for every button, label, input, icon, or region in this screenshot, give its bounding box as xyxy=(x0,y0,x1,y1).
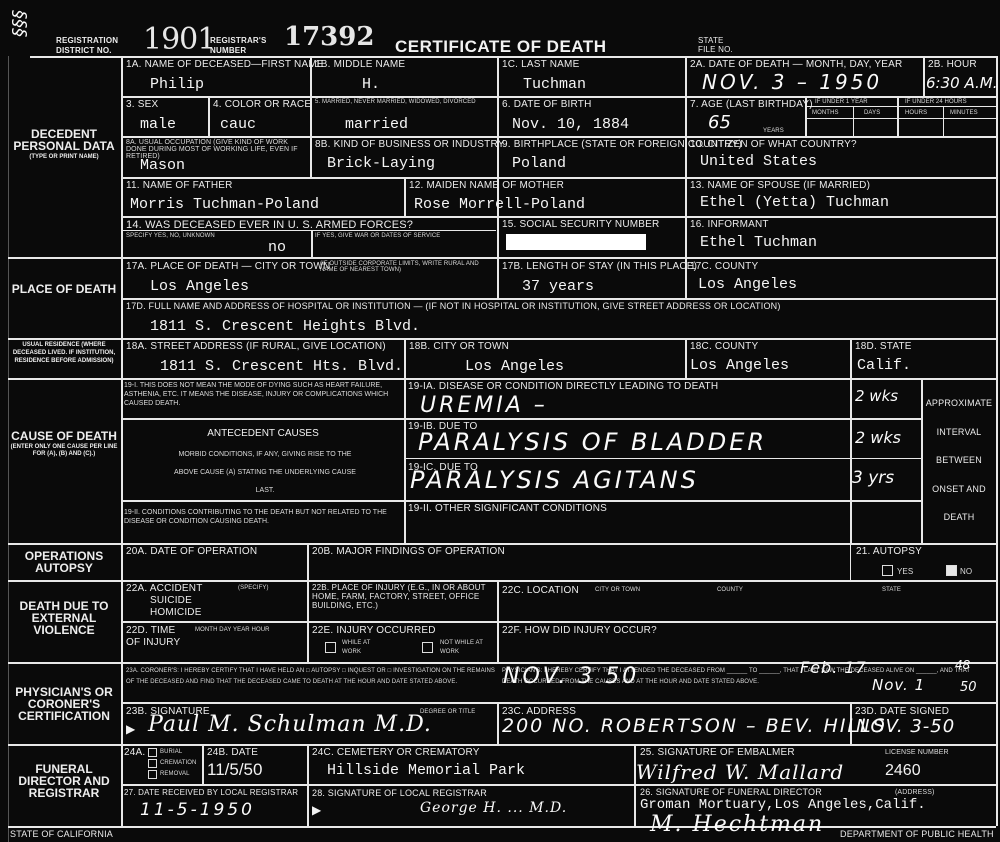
autopsy-yes-label: Yes xyxy=(897,567,913,576)
cemetery-label: 24c. Cemetery or Crematory xyxy=(312,747,480,758)
date-signed: NOV. 3-50 xyxy=(856,716,955,737)
cause-b-interval: 2 wks xyxy=(855,428,901,447)
embalmer-signature: Wilfred W. Mallard xyxy=(636,760,844,784)
business-value: Brick-Laying xyxy=(327,155,435,172)
age-value: 65 xyxy=(708,112,731,133)
hospital-label: 17d. Full Name and Address of Hospital o… xyxy=(126,301,781,311)
how-injury-label: 22f. How Did Injury Occur? xyxy=(502,625,657,636)
suicide-label: Suicide xyxy=(150,595,192,606)
dob-value: Nov. 10, 1884 xyxy=(512,116,629,133)
registrar-signature-label: 28. Signature of Local Registrar xyxy=(312,788,487,798)
attended-from: Feb. 17 xyxy=(800,658,867,677)
director-signature: M. Hechtman xyxy=(650,812,824,837)
ssn-redaction xyxy=(506,234,646,250)
spouse-value: Ethel (Yetta) Tuchman xyxy=(700,194,889,211)
place-city-value: Los Angeles xyxy=(150,278,249,295)
section-cause-of-death: Cause of Death(Enter only one cause per … xyxy=(8,430,120,458)
section-decedent: Decedent Personal Data(Type or Print Nam… xyxy=(8,128,120,161)
accident-label: 22a. Accident xyxy=(126,583,203,594)
removal-checkbox[interactable] xyxy=(148,770,157,779)
armed-forces-sub: Specify yes, no, unknown xyxy=(126,233,215,239)
cause-b-value: PARALYSIS OF BLADDER xyxy=(418,428,767,456)
not-while-at-work-label: Not While at Work xyxy=(440,639,490,657)
cause-instruction-2: 19-II. Conditions contributing to the de… xyxy=(124,508,402,526)
last-name-value: Tuchman xyxy=(523,76,586,93)
last-name-label: 1c. Last Name xyxy=(502,59,579,70)
director-address: Groman Mortuary,Los Angeles,Calif. xyxy=(640,797,926,813)
res-county-label: 18c. County xyxy=(690,341,758,352)
cause-c-value: PARALYSIS AGITANS xyxy=(410,466,699,494)
coroner-text: 23a. Coroner's: I hereby certify that I … xyxy=(126,666,496,688)
minutes-label: Minutes xyxy=(950,110,978,116)
cemetery-value: Hillside Memorial Park xyxy=(327,762,525,779)
stay-label: 17b. Length of Stay (In this place) xyxy=(502,261,697,272)
age-label: 7. Age (Last Birthday) xyxy=(690,99,813,110)
burial-label: Burial xyxy=(160,749,182,755)
registrar-number: 17392 xyxy=(284,22,374,52)
spouse-label: 13. Name of Spouse (If married) xyxy=(690,180,870,191)
page-title: Certificate of Death xyxy=(395,37,606,57)
armed-forces-label: 14. Was Deceased Ever in U. S. Armed For… xyxy=(126,219,413,231)
interval-label-4: Onset and xyxy=(923,484,995,494)
interval-label-3: Between xyxy=(923,455,995,465)
sex-value: male xyxy=(140,116,176,133)
informant-label: 16. Informant xyxy=(690,219,769,230)
last-seen-year: 50 xyxy=(960,680,977,695)
while-at-work-label: While at Work xyxy=(342,639,377,657)
months-label: Months xyxy=(812,110,839,116)
birthplace-value: Poland xyxy=(512,155,566,172)
days-label: Days xyxy=(864,110,880,116)
first-name-label: 1a. Name of Deceased—First Name xyxy=(126,59,324,70)
race-label: 4. Color or Race xyxy=(213,99,311,110)
section-physician: Physician's or Coroner's Certification xyxy=(8,686,120,722)
stay-value: 37 years xyxy=(522,278,594,295)
section-operations: Operations Autopsy xyxy=(8,550,120,574)
autopsy-no-checkbox[interactable] xyxy=(946,565,957,576)
antecedent-text: Morbid conditions, if any, giving rise t… xyxy=(170,446,360,500)
cremation-checkbox[interactable] xyxy=(148,759,157,768)
father-label: 11. Name of Father xyxy=(126,180,233,191)
attended-from-year: 48 xyxy=(955,658,970,672)
section-funeral: Funeral Director and Registrar xyxy=(8,763,120,799)
res-city-label: 18b. City or Town xyxy=(409,341,509,352)
cause-c-interval: 3 yrs xyxy=(852,468,894,488)
antecedent-title: Antecedent Causes xyxy=(124,428,402,439)
interval-label-1: Approximate xyxy=(923,398,995,408)
cremation-label: Cremation xyxy=(160,760,196,766)
armed-forces-value: no xyxy=(268,239,286,256)
race-value: cauc xyxy=(220,116,256,133)
cause-a-value: UREMIA – xyxy=(420,393,548,418)
interval-label-2: Interval xyxy=(923,427,995,437)
injury-place-label: 22b. Place of Injury (e.g., in or about … xyxy=(312,583,492,610)
director-label: 26. Signature of Funeral Director xyxy=(640,787,822,797)
degree-label: Degree or Title xyxy=(420,709,475,715)
funeral-date: 11/5/50 xyxy=(207,760,262,780)
mother-value: Rose Morrell-Poland xyxy=(414,196,585,213)
registration-district-no: 1901 xyxy=(143,22,215,57)
specify-label: (Specify) xyxy=(238,585,269,591)
injury-time-label: 22d. Time xyxy=(126,625,175,636)
father-value: Morris Tuchman-Poland xyxy=(130,196,319,213)
not-while-at-work-checkbox[interactable] xyxy=(422,642,433,653)
marital-label: 5. Married, Never Married, Widowed, Divo… xyxy=(315,99,495,105)
cause-other-label: 19-II. Other Significant Conditions xyxy=(408,503,607,514)
embalmer-label: 25. Signature of Embalmer xyxy=(640,747,795,758)
registration-district-label: Registration District No. xyxy=(56,36,118,56)
citizen-value: United States xyxy=(700,153,817,170)
director-address-label: (Address) xyxy=(895,789,934,796)
physician-address: 200 NO. ROBERTSON – BEV. HILLS xyxy=(502,715,887,737)
margin-mark: §§§ xyxy=(9,10,30,37)
physician-date-from: NOV. 3 50 xyxy=(503,664,639,689)
sex-label: 3. Sex xyxy=(126,99,158,110)
state-file-label: State File No. xyxy=(698,36,738,54)
hours-label: Hours xyxy=(905,110,927,116)
section-usual-residence: Usual Residence (Where deceased lived. I… xyxy=(8,341,120,365)
res-street-label: 18a. Street Address (If rural, give loca… xyxy=(126,341,386,352)
license-label: License Number xyxy=(885,749,949,756)
removal-label: Removal xyxy=(160,771,190,777)
section-place-of-death: Place of Death xyxy=(8,283,120,295)
place-county-value: Los Angeles xyxy=(698,276,797,293)
received-label: 27. Date Received by Local Registrar xyxy=(124,788,298,797)
disposal-label: 24a. xyxy=(124,747,145,758)
middle-name-label: 1b. Middle Name xyxy=(315,59,405,70)
place-city-note: (If outside corporate limits, write rura… xyxy=(320,261,490,273)
registrar-signature: George H. ... M.D. xyxy=(420,800,567,816)
first-name-value: Philip xyxy=(150,76,204,93)
cause-instruction-1: 19-I. This does not mean the mode of dyi… xyxy=(124,381,402,408)
physician-signature: Paul M. Schulman M.D. xyxy=(148,712,432,737)
armed-forces-sub2: If yes, give war or dates of service xyxy=(315,233,440,239)
registrar-arrow-icon: ▶ xyxy=(312,803,321,817)
operation-findings-label: 20b. Major Findings of Operation xyxy=(312,546,505,557)
age-unit: Years xyxy=(763,128,784,134)
informant-value: Ethel Tuchman xyxy=(700,234,817,251)
marital-value: married xyxy=(345,116,408,133)
date-of-death-value: NOV. 3 – 1950 xyxy=(702,70,882,94)
funeral-date-label: 24b. Date xyxy=(207,747,258,758)
injury-time-sub: Month Day Year Hour xyxy=(195,627,270,633)
hour-value: 6:30 A.M. xyxy=(926,74,997,92)
middle-name-value: H. xyxy=(362,76,380,93)
injury-county-label: County xyxy=(717,587,743,593)
of-injury-label: of Injury xyxy=(126,637,180,648)
footer-department: Department of Public Health xyxy=(840,829,994,839)
autopsy-no-label: No xyxy=(960,567,972,576)
mother-label: 12. Maiden Name of Mother xyxy=(409,180,564,191)
place-city-label: 17a. Place of Death — City or Town xyxy=(126,261,330,272)
signature-arrow-icon: ▶ xyxy=(126,722,135,736)
res-state-label: 18d. State xyxy=(855,341,912,352)
registrar-number-label: Registrar's Number xyxy=(210,36,270,56)
last-seen-date: Nov. 1 xyxy=(872,676,925,694)
injury-city-label: City or Town xyxy=(595,587,640,593)
homicide-label: Homicide xyxy=(150,607,202,618)
business-label: 8b. Kind of Business or Industry xyxy=(315,139,505,150)
occupation-value: Mason xyxy=(140,157,185,174)
section-external-violence: Death Due to External Violence xyxy=(8,600,120,636)
cause-a-interval: 2 wks xyxy=(855,387,898,405)
autopsy-yes-checkbox[interactable] xyxy=(882,565,893,576)
under-year-label: If under 1 year xyxy=(815,99,868,105)
injury-occurred-label: 22e. Injury Occurred xyxy=(312,625,436,636)
place-county-label: 17c. County xyxy=(690,261,758,272)
footer-state: State of California xyxy=(10,829,113,839)
injury-location-label: 22c. Location xyxy=(502,585,579,596)
under-day-label: If under 24 hours xyxy=(905,99,967,105)
res-county-value: Los Angeles xyxy=(690,357,789,374)
autopsy-label: 21. Autopsy xyxy=(856,546,922,557)
received-date: 11-5-1950 xyxy=(140,800,255,820)
res-city-value: Los Angeles xyxy=(465,358,564,375)
res-state-value: Calif. xyxy=(857,357,911,374)
citizen-label: 10. Citizen of What Country? xyxy=(690,139,857,150)
hour-label: 2b. Hour xyxy=(928,59,977,70)
res-street-value: 1811 S. Crescent Hts. Blvd. xyxy=(160,358,403,375)
while-at-work-checkbox[interactable] xyxy=(325,642,336,653)
injury-state-label: State xyxy=(882,587,901,593)
date-of-death-label: 2a. Date of Death — Month, Day, Year xyxy=(690,59,902,70)
ssn-label: 15. Social Security Number xyxy=(502,219,659,230)
interval-label-5: Death xyxy=(923,512,995,522)
dob-label: 6. Date of Birth xyxy=(502,99,592,110)
operation-date-label: 20a. Date of Operation xyxy=(126,546,257,557)
hospital-value: 1811 S. Crescent Heights Blvd. xyxy=(150,318,420,335)
cause-a-label: 19-Ia. Disease or Condition Directly Lea… xyxy=(408,381,718,392)
license-number: 2460 xyxy=(885,762,921,780)
burial-checkbox[interactable] xyxy=(148,748,157,757)
